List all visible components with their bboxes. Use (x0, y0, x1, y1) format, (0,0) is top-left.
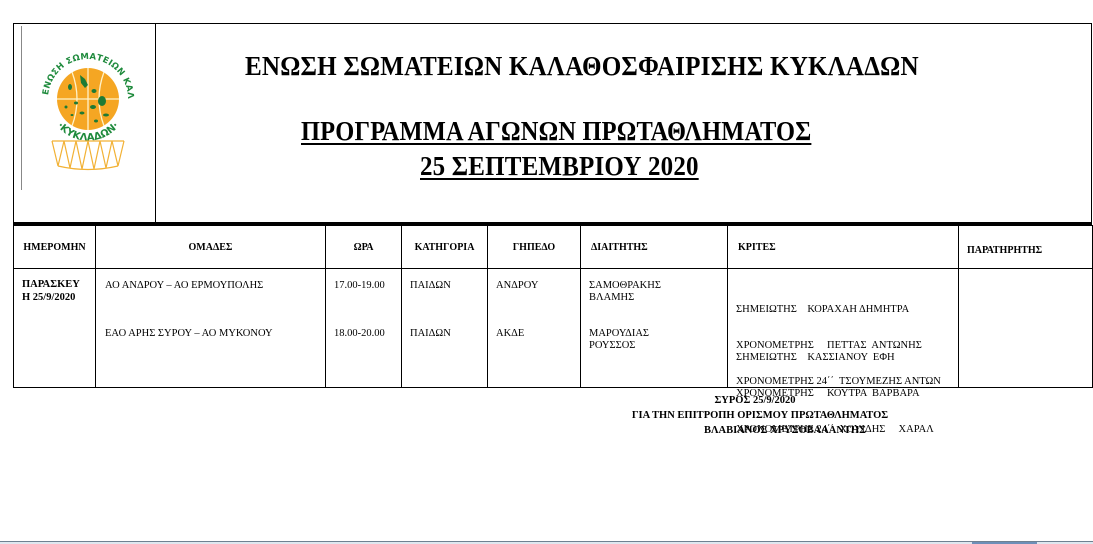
signature-block: ΣΥΡΟΣ 25/9/2020 ΓΙΑ ΤΗΝ ΕΠΙΤΡΟΠΗ ΟΡΙΣΜΟΥ… (560, 393, 960, 438)
column-header-observer: ΠΑΡΑΤΗΡΗΤΗΣ (959, 226, 1093, 269)
category-cell: ΠΑΙΔΩΝ ΠΑΙΔΩΝ (402, 269, 488, 388)
match-2-teams: ΕΑΟ ΑΡΗΣ ΣΥΡΟΥ – ΑΟ ΜΥΚΟΝΟΥ (105, 328, 273, 340)
match-1-teams: ΑΟ ΑΝΔΡΟΥ – ΑΟ ΕΡΜΟΥΠΟΛΗΣ (105, 280, 263, 292)
date-cell: ΠΑΡΑΣΚΕΥ Η 25/9/2020 (14, 269, 96, 388)
column-header-teams: ΟΜΑΔΕΣ (96, 226, 326, 269)
match-2-category: ΠΑΙΔΩΝ (410, 328, 451, 340)
judge-line: ΣΗΜΕΙΩΤΗΣ ΚΑΣΣΙΑΝΟΥ ΕΦΗ (736, 352, 934, 364)
match-1-venue: ΑΝΔΡΟΥ (496, 280, 538, 292)
match-2-referees: ΜΑΡΟΥΔΙΑΣ ΡΟΥΣΣΟΣ (589, 328, 649, 352)
match-1-time: 17.00-19.00 (334, 280, 385, 292)
date-day: ΠΑΡΑΣΚΕΥ (22, 278, 95, 291)
organization-title: ΕΝΩΣΗ ΣΩΜΑΤΕΙΩΝ ΚΑΛΑΘΟΣΦΑΙΡΙΣΗΣ ΚΥΚΛΑΔΩΝ (245, 51, 919, 82)
column-header-date: ΗΜΕΡΟΜΗΝ (14, 226, 96, 269)
basketball-logo-icon: ΕΝΩΣΗ ΣΩΜΑΤΕΙΩΝ ΚΑΛΑΘΟΣΦΑΙΡΙΣΗΣ ·ΚΥΚΛΑΔΩ… (36, 41, 140, 175)
referee-name: ΜΑΡΟΥΔΙΑΣ (589, 328, 649, 340)
column-header-venue: ΓΗΠΕΔΟ (488, 226, 581, 269)
date-value: Η 25/9/2020 (22, 291, 95, 304)
schedule-table: ΗΜΕΡΟΜΗΝ ΟΜΑΔΕΣ ΩΡΑ ΚΑΤΗΓΟΡΙΑ ΓΗΠΕΔΟ ΔΙΑ… (13, 225, 1093, 388)
match-1-referees: ΣΑΜΟΘΡΑΚΗΣ ΒΛΑΜΗΣ (589, 280, 661, 304)
match-2-venue: ΑΚΔΕ (496, 328, 524, 340)
signature-place-date: ΣΥΡΟΣ 25/9/2020 (550, 393, 960, 408)
referee-cell: ΣΑΜΟΘΡΑΚΗΣ ΒΛΑΜΗΣ ΜΑΡΟΥΔΙΑΣ ΡΟΥΣΣΟΣ (581, 269, 728, 388)
margin-guide-line (21, 26, 22, 190)
table-row: ΠΑΡΑΣΚΕΥ Η 25/9/2020 ΑΟ ΑΝΔΡΟΥ – ΑΟ ΕΡΜΟ… (14, 269, 1093, 388)
document-header: ΕΝΩΣΗ ΣΩΜΑΤΕΙΩΝ ΚΑΛΑΘΟΣΦΑΙΡΙΣΗΣ ·ΚΥΚΛΑΔΩ… (13, 23, 1092, 225)
time-cell: 17.00-19.00 18.00-20.00 (326, 269, 402, 388)
logo-cell: ΕΝΩΣΗ ΣΩΜΑΤΕΙΩΝ ΚΑΛΑΘΟΣΦΑΙΡΙΣΗΣ ·ΚΥΚΛΑΔΩ… (14, 24, 156, 222)
program-title: ΠΡΟΓΡΑΜΜΑ ΑΓΩΝΩΝ ΠΡΩΤΑΘΛΗΜΑΤΟΣ (301, 116, 811, 147)
column-header-category: ΚΑΤΗΓΟΡΙΑ (402, 226, 488, 269)
venue-cell: ΑΝΔΡΟΥ ΑΚΔΕ (488, 269, 581, 388)
observer-cell (959, 269, 1093, 388)
table-header-row: ΗΜΕΡΟΜΗΝ ΟΜΑΔΕΣ ΩΡΑ ΚΑΤΗΓΟΡΙΑ ΓΗΠΕΔΟ ΔΙΑ… (14, 226, 1093, 269)
column-header-time: ΩΡΑ (326, 226, 402, 269)
signature-name: ΒΛΑΒΙΑΝΟΣ ΧΡΥΣΟΒΑΛΑΝΤΗΣ (610, 423, 960, 438)
column-header-referee: ΔΙΑΙΤΗΤΗΣ (581, 226, 728, 269)
judge-line: ΣΗΜΕΙΩΤΗΣ ΚΟΡΑΧΑΗ ΔΗΜΗΤΡΑ (736, 304, 941, 316)
match-1-category: ΠΑΙΔΩΝ (410, 280, 451, 292)
referee-name: ΣΑΜΟΘΡΑΚΗΣ (589, 280, 661, 292)
signature-committee: ΓΙΑ ΤΗΝ ΕΠΙΤΡΟΠΗ ΟΡΙΣΜΟΥ ΠΡΩΤΑΘΛΗΜΑΤΟΣ (560, 408, 960, 423)
match-2-time: 18.00-20.00 (334, 328, 385, 340)
judges-cell: ΣΗΜΕΙΩΤΗΣ ΚΟΡΑΧΑΗ ΔΗΜΗΤΡΑ ΧΡΟΝΟΜΕΤΡΗΣ ΠΕ… (728, 269, 959, 388)
teams-cell: ΑΟ ΑΝΔΡΟΥ – ΑΟ ΕΡΜΟΥΠΟΛΗΣ ΕΑΟ ΑΡΗΣ ΣΥΡΟΥ… (96, 269, 326, 388)
referee-name: ΡΟΥΣΣΟΣ (589, 340, 649, 352)
referee-name: ΒΛΑΜΗΣ (589, 292, 661, 304)
column-header-judges: ΚΡΙΤΕΣ (728, 226, 959, 269)
program-date: 25 ΣΕΠΤΕΜΒΡΙΟΥ 2020 (420, 151, 699, 182)
